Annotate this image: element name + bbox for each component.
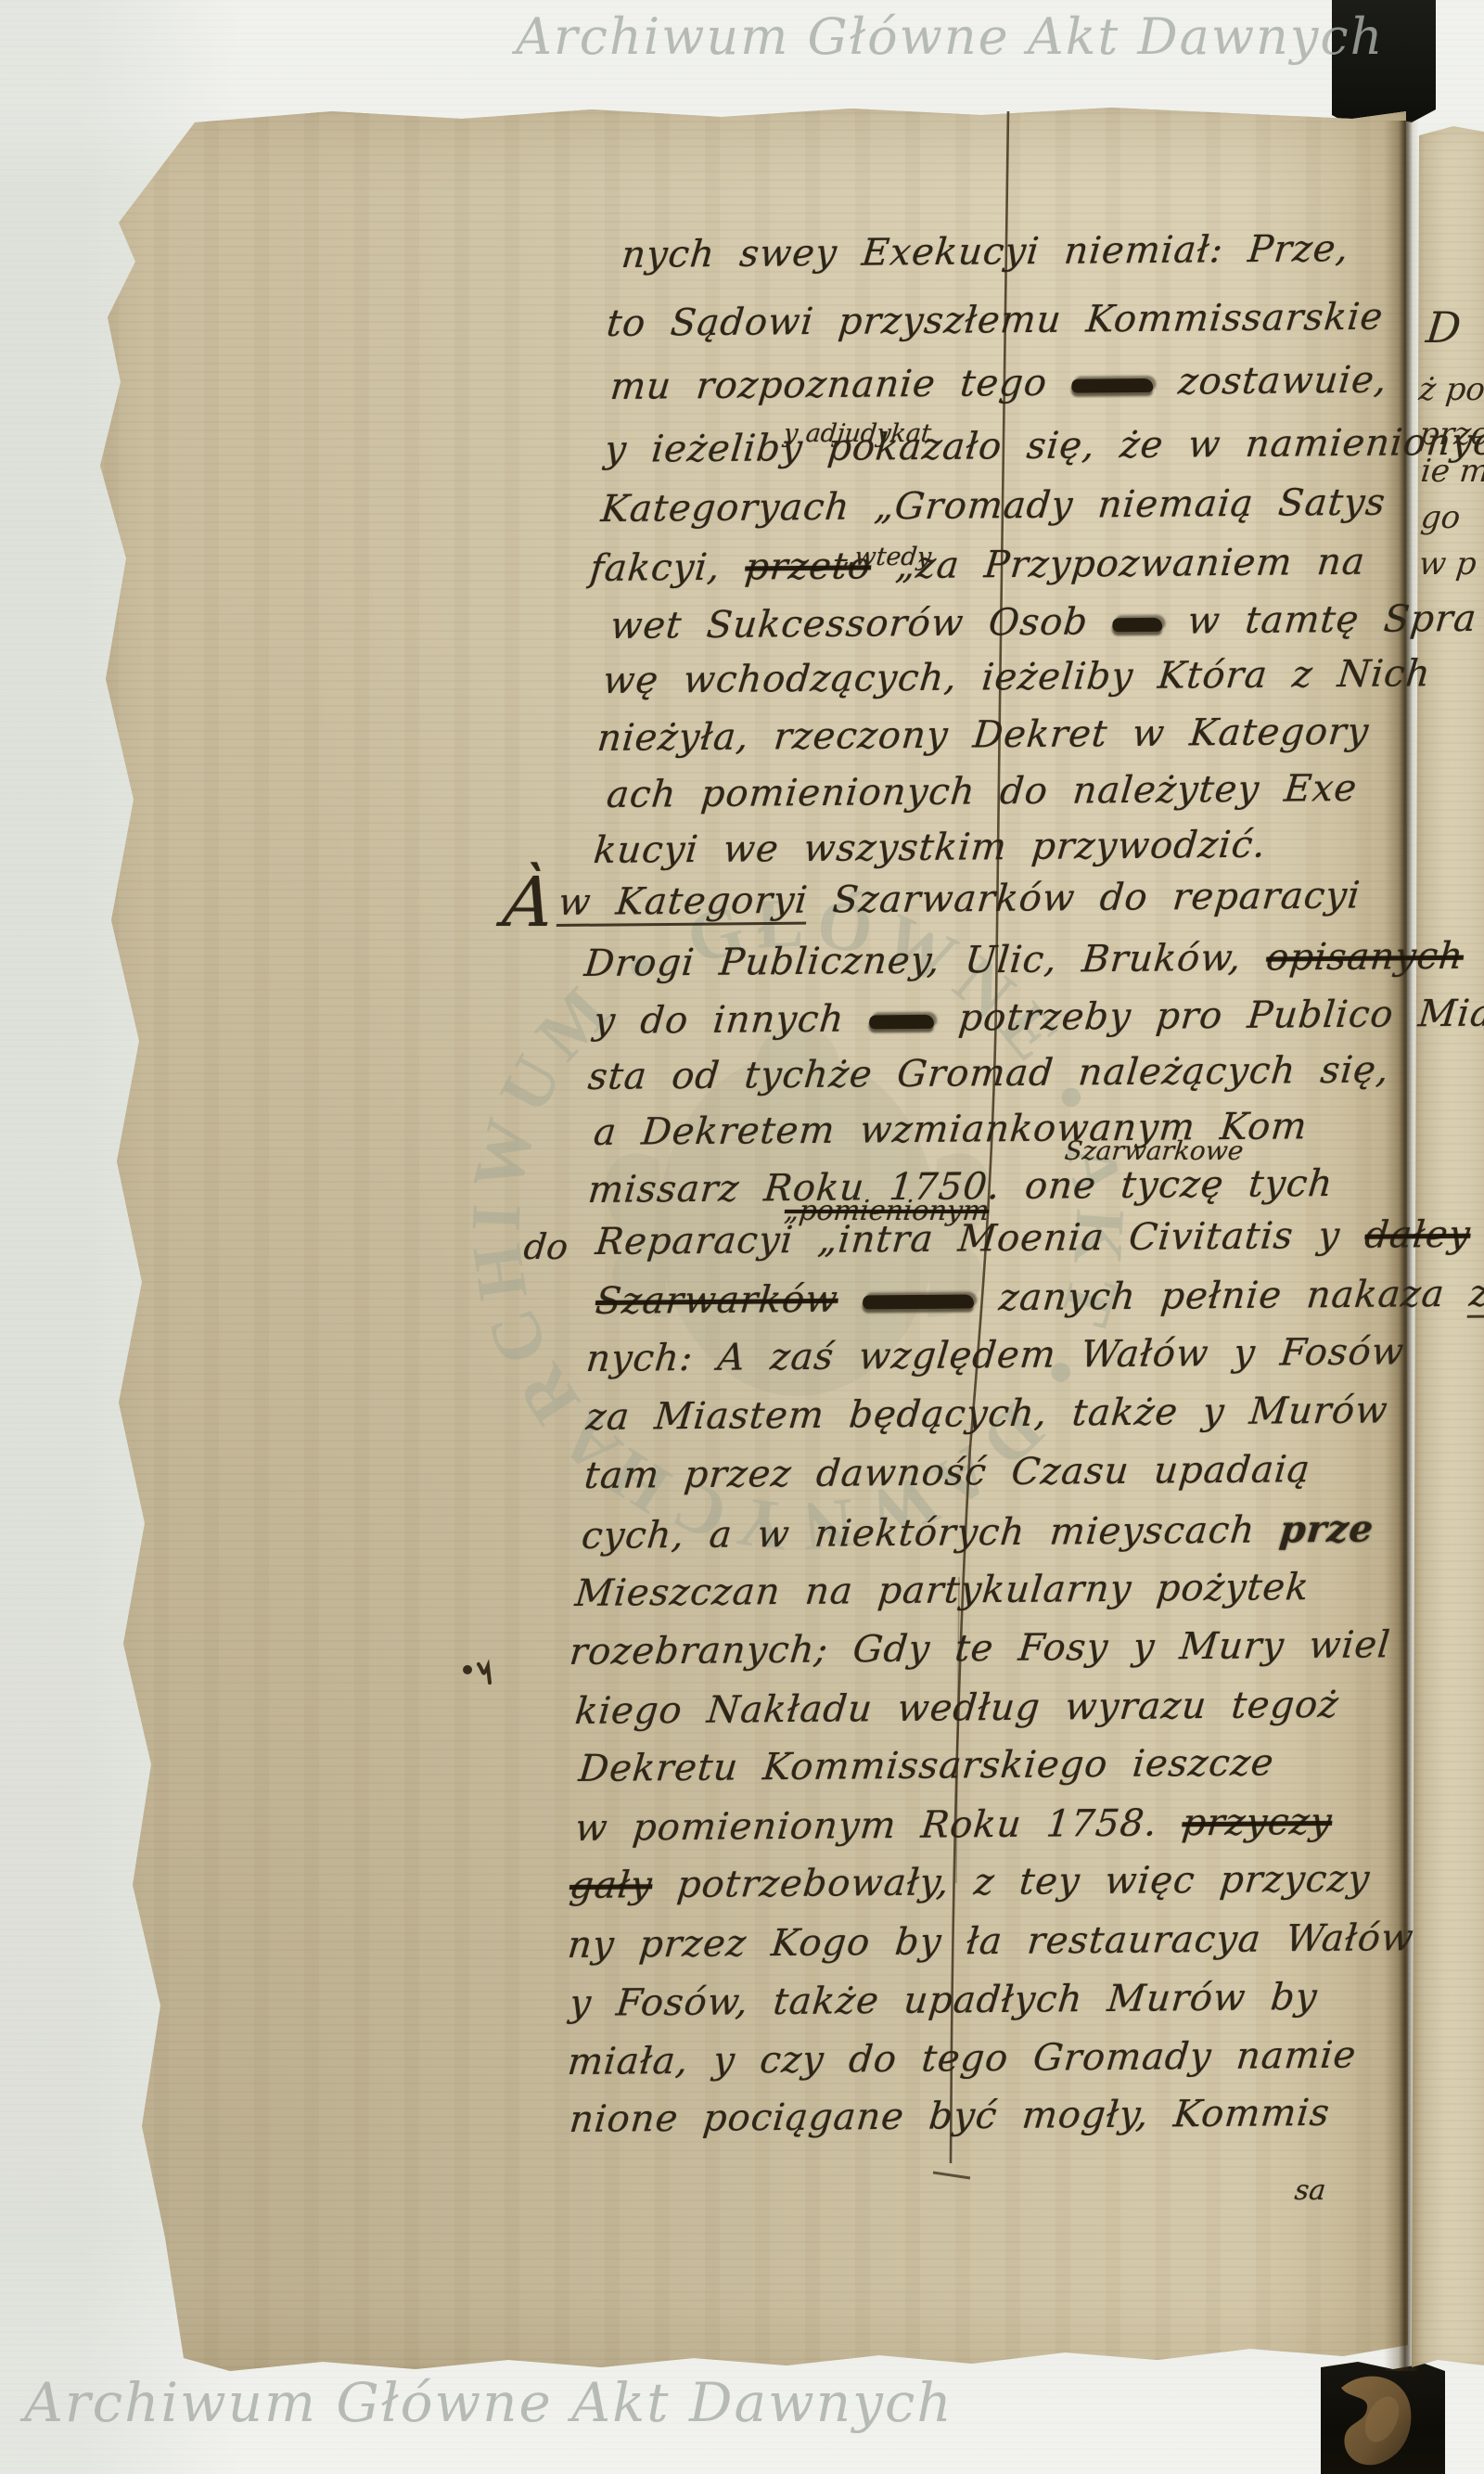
manuscript-line-27: Dekretu Kommissarskiego ieszcze	[577, 1741, 1276, 1790]
manuscript-line-28: w pomienionym Roku 1758. przyczy	[573, 1801, 1334, 1850]
manuscript-line-14: y do innych potrzeby pro Publico Mia	[592, 993, 1484, 1043]
manuscript-text: Szarwarków do reparacyi	[831, 874, 1362, 921]
manuscript-line-7: wet Sukcessorów Osob w tamtę Spra	[608, 597, 1478, 647]
manuscript-text: prze	[1278, 1507, 1376, 1552]
watermark-bottom: Archiwum Główne Akt Dawnych	[24, 2371, 953, 2434]
manuscript-text: potrzeby pro Publico Mia	[957, 993, 1484, 1040]
manuscript-text: Kategoryach „Gromady niemaią Satys	[599, 481, 1388, 531]
manuscript-text: za Miastem będących, także y Murów	[584, 1389, 1390, 1439]
adjacent-page-fragment-4: ie m	[1419, 453, 1484, 490]
manuscript-line-19: Szarwarków zanych pełnie nakaza za,	[594, 1272, 1484, 1323]
manuscript-line-13: Drogi Publiczney, Ulic, Bruków, opisanyc…	[582, 935, 1465, 985]
manuscript-line-5: Kategoryach „Gromady niemaią Satys	[599, 481, 1388, 531]
manuscript-text: w Kategoryi	[556, 879, 811, 927]
manuscript-text: ach pomienionych do należytey Exe	[605, 767, 1359, 816]
scanned-document: ARCHIWUM • GŁÓWNE • AKT • DAWNYCH • Arch…	[0, 0, 1484, 2474]
manuscript-text: zanych pełnie nakaza	[997, 1273, 1447, 1319]
struck-word: gały	[568, 1864, 655, 1907]
manuscript-text: tam przez dawność Czasu upadaią	[582, 1448, 1312, 1497]
manuscript-text: wet Sukcessorów Osob	[608, 601, 1090, 647]
manuscript-line-21: za Miastem będących, także y Murów	[584, 1389, 1390, 1439]
manuscript-line-33: nione pociągane być mogły, Kommis	[568, 2092, 1332, 2141]
adjacent-page-fragment-6: w p	[1417, 545, 1478, 583]
manuscript-text: miała, y czy do tego Gromady namie	[566, 2034, 1359, 2083]
manuscript-text: w tamtę Spra	[1185, 597, 1478, 643]
adjacent-page-fragment-3: prze	[1417, 416, 1484, 453]
manuscript-line-6: fakcyi, przeto „za Przypozwaniem na	[588, 541, 1367, 590]
manuscript-line-23: cych, a w niektórych mieyscach prze	[580, 1507, 1375, 1557]
struck-word: Szarwarków	[594, 1278, 840, 1323]
manuscript-text: potrzebowały, z tey więc przyczy	[675, 1857, 1372, 1906]
manuscript-text: nione pociągane być mogły, Kommis	[568, 2092, 1332, 2141]
manuscript-text: y ieżeliby pokazało się, że w namieniony…	[603, 420, 1484, 471]
margin-ink-mark	[460, 1655, 503, 1686]
manuscript-line-4: y ieżeliby pokazało się, że w namieniony…	[603, 420, 1484, 471]
manuscript-line-30: ny przez Kogo by ła restauracya Wałów	[566, 1916, 1416, 1967]
ink-blot	[1071, 378, 1155, 393]
adjacent-page-fragment-5: go	[1419, 499, 1462, 536]
manuscript-line-24: Mieszczan na partykularny pożytek	[573, 1566, 1311, 1615]
manuscript-line-31: y Fosów, także upadłych Murów by	[568, 1976, 1320, 2025]
manuscript-text: sta od tychże Gromad należących się,	[586, 1048, 1391, 1098]
margin-initial: À	[499, 863, 556, 942]
manuscript-text: wę wchodzących, ieżeliby Która z Nich	[601, 652, 1433, 702]
ink-blot	[868, 1015, 935, 1030]
manuscript-text: nych: A zaś względem Wałów y Fosów	[584, 1330, 1406, 1380]
manuscript-text: Mieszczan na partykularny pożytek	[573, 1566, 1311, 1615]
adjacent-page-fragment-1: D	[1424, 302, 1464, 353]
interlinear-insert-3: Szarwarkowe	[1063, 1135, 1245, 1166]
manuscript-line-29: gały potrzebowały, z tey więc przyczy	[568, 1857, 1372, 1907]
ink-blot	[862, 1294, 975, 1309]
manuscript-line-20: nych: A zaś względem Wałów y Fosów	[584, 1330, 1406, 1380]
manuscript-text: to Sądowi przyszłemu Kommissarskie	[605, 296, 1386, 345]
ink-blot	[1112, 618, 1163, 632]
manuscript-line-22: tam przez dawność Czasu upadaią	[582, 1448, 1312, 1497]
manuscript-text: zostawuie,	[1176, 359, 1388, 404]
struck-word: dałey	[1362, 1213, 1472, 1257]
manuscript-line-32: miała, y czy do tego Gromady namie	[566, 2034, 1359, 2083]
struck-word: przyczy	[1180, 1801, 1334, 1844]
leather-tab	[1321, 2362, 1445, 2474]
manuscript-text: nieżyła, rzeczony Dekret w Kategory	[595, 711, 1371, 760]
manuscript-line-12: w Kategoryi Szarwarków do reparacyi	[556, 874, 1362, 924]
catchword: sa	[1293, 2174, 1327, 2207]
manuscript-text: rozebranych; Gdy te Fosy y Mury wiel	[568, 1623, 1392, 1673]
manuscript-line-2: to Sądowi przyszłemu Kommissarskie	[605, 296, 1386, 345]
manuscript-line-3: mu rozpoznanie tego zostawuie,	[608, 359, 1389, 408]
manuscript-text: za,	[1467, 1272, 1484, 1318]
interlinear-insert-2: „wtedy	[840, 543, 932, 571]
manuscript-line-18: Reparacyi „intra Moenia Civitatis y dałe…	[594, 1213, 1473, 1263]
manuscript-text: „za Przypozwaniem na	[894, 541, 1367, 587]
manuscript-text: y Fosów, także upadłych Murów by	[568, 1976, 1320, 2025]
manuscript-line-11: kucyi we wszystkim przywodzić.	[592, 824, 1268, 872]
manuscript-text: ny przez Kogo by ła restauracya Wałów	[566, 1916, 1416, 1967]
manuscript-line-25: rozebranych; Gdy te Fosy y Mury wiel	[568, 1623, 1392, 1673]
manuscript-text: kiego Nakładu według wyrazu tegoż	[573, 1684, 1341, 1733]
manuscript-text: w pomienionym Roku 1758.	[573, 1802, 1159, 1850]
interlinear-insert-4: „pomienionym	[783, 1195, 991, 1227]
watermark-top: Archiwum Główne Akt Dawnych	[516, 7, 1384, 66]
manuscript-line-9: nieżyła, rzeczony Dekret w Kategory	[595, 711, 1371, 760]
manuscript-text: Dekretu Kommissarskiego ieszcze	[577, 1741, 1276, 1790]
manuscript-line-26: kiego Nakładu według wyrazu tegoż	[573, 1684, 1341, 1733]
manuscript-text: Drogi Publiczney, Ulic, Bruków,	[582, 937, 1244, 985]
manuscript-text: kucyi we wszystkim przywodzić.	[592, 824, 1268, 872]
manuscript-line-10: ach pomienionych do należytey Exe	[605, 767, 1359, 816]
manuscript-text: nych swey Exekucyi niemiał: Prze,	[620, 227, 1351, 276]
margin-word: do	[522, 1226, 570, 1267]
manuscript-line-1: nych swey Exekucyi niemiał: Prze,	[620, 227, 1351, 276]
manuscript-text: mu rozpoznanie tego	[608, 362, 1049, 408]
interlinear-insert-1: y adjudykat	[782, 419, 932, 448]
manuscript-text: y do innych	[592, 998, 846, 1043]
struck-word: opisanych	[1264, 935, 1465, 980]
manuscript-line-15: sta od tychże Gromad należących się,	[586, 1048, 1391, 1098]
manuscript-text: fakcyi,	[588, 546, 723, 590]
adjacent-page-fragment-2: ż po-	[1417, 371, 1484, 408]
manuscript-text: cych, a w niektórych mieyscach	[580, 1509, 1257, 1557]
manuscript-line-8: wę wchodzących, ieżeliby Która z Nich	[601, 652, 1433, 702]
